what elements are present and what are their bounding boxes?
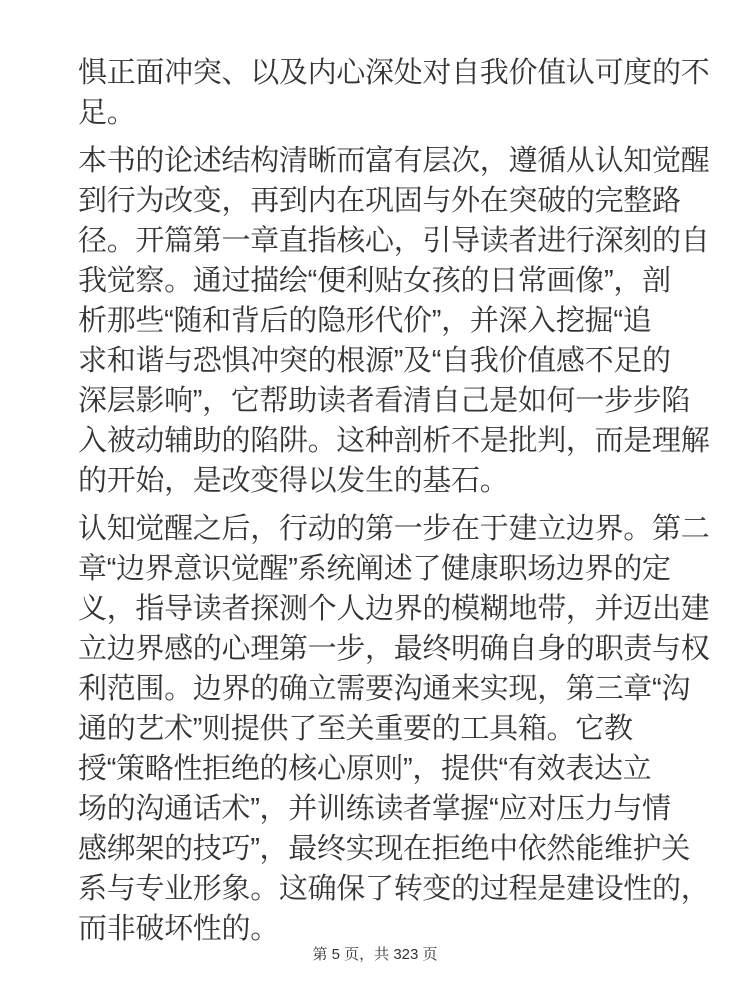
text-line: 足。 — [78, 93, 718, 133]
text-line: 深层影响”，它帮助读者看清自己是如何一步步陷 — [78, 381, 718, 421]
text-line: 授“策略性拒绝的核心原则”，提供“有效表达立 — [78, 749, 718, 789]
paragraph: 认知觉醒之后，行动的第一步在于建立边界。第二 章“边界意识觉醒”系统阐述了健康职… — [78, 509, 718, 949]
text-line: 我觉察。通过描绘“便利贴女孩的日常画像”，剖 — [78, 261, 718, 301]
text-line: 入被动辅助的陷阱。这种剖析不是批判，而是理解 — [78, 421, 718, 461]
page-number-indicator: 第 5 页，共 323 页 — [0, 946, 750, 964]
text-line: 章“边界意识觉醒”系统阐述了健康职场边界的定 — [78, 549, 718, 589]
text-line: 求和谐与恐惧冲突的根源”及“自我价值感不足的 — [78, 341, 718, 381]
text-line: 认知觉醒之后，行动的第一步在于建立边界。第二 — [78, 509, 718, 549]
page-text-block: 惧正面冲突、以及内心深处对自我价值认可度的不 足。 本书的论述结构清晰而富有层次… — [78, 53, 718, 949]
paragraph: 惧正面冲突、以及内心深处对自我价值认可度的不 足。 — [78, 53, 718, 133]
text-line: 径。开篇第一章直指核心，引导读者进行深刻的自 — [78, 221, 718, 261]
text-line: 义，指导读者探测个人边界的模糊地带，并迈出建 — [78, 589, 718, 629]
text-line: 的开始，是改变得以发生的基石。 — [78, 461, 718, 501]
text-line: 通的艺术”则提供了至关重要的工具箱。它教 — [78, 709, 718, 749]
text-line: 而非破坏性的。 — [78, 909, 718, 949]
text-line: 到行为改变，再到内在巩固与外在突破的完整路 — [78, 181, 718, 221]
text-line: 析那些“随和背后的隐形代价”，并深入挖掘“追 — [78, 301, 718, 341]
text-line: 立边界感的心理第一步，最终明确自身的职责与权 — [78, 629, 718, 669]
document-page: 惧正面冲突、以及内心深处对自我价值认可度的不 足。 本书的论述结构清晰而富有层次… — [0, 0, 750, 1000]
text-line: 感绑架的技巧”，最终实现在拒绝中依然能维护关 — [78, 829, 718, 869]
text-line: 场的沟通话术”，并训练读者掌握“应对压力与情 — [78, 789, 718, 829]
text-line: 惧正面冲突、以及内心深处对自我价值认可度的不 — [78, 53, 718, 93]
text-line: 系与专业形象。这确保了转变的过程是建设性的， — [78, 869, 718, 909]
text-line: 本书的论述结构清晰而富有层次，遵循从认知觉醒 — [78, 141, 718, 181]
paragraph: 本书的论述结构清晰而富有层次，遵循从认知觉醒 到行为改变，再到内在巩固与外在突破… — [78, 141, 718, 501]
text-line: 利范围。边界的确立需要沟通来实现，第三章“沟 — [78, 669, 718, 709]
